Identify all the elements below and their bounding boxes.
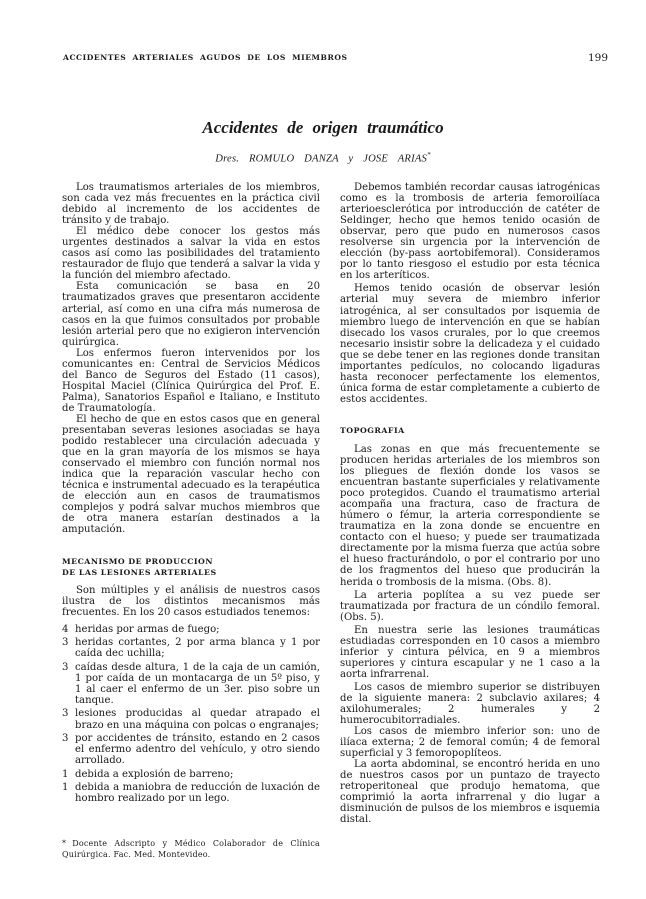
- paragraph: Los enfermos fueron intervenidos por los…: [62, 348, 320, 414]
- authors-conjunction: y: [348, 154, 353, 165]
- author-1: ROMULO DANZA: [249, 154, 339, 165]
- list-count: 3: [62, 708, 68, 719]
- list-count: 1: [62, 782, 68, 793]
- article-authors: Dres. ROMULO DANZA y JOSE ARIAS*: [0, 151, 646, 165]
- paragraph: Esta comunicación se basa en 20 traumati…: [62, 281, 320, 347]
- mechanism-list: 4heridas por armas de fuego; 3heridas co…: [62, 624, 320, 805]
- paragraph: Los casos de miembro inferior son: uno d…: [340, 726, 600, 759]
- footnote: *Docente Adscripto y Médico Colaborador …: [62, 838, 320, 860]
- section-heading-line: MECANISMO DE PRODUCCION: [62, 557, 213, 566]
- list-item: 3heridas cortantes, 2 por arma blanca y …: [62, 637, 320, 659]
- footnote-mark: *: [62, 839, 66, 848]
- list-text: debida a maniobra de reducción de luxaci…: [75, 782, 320, 804]
- author-2: JOSE ARIAS: [363, 154, 427, 165]
- page-number: 199: [588, 52, 608, 64]
- paragraph: Los traumatismos arteriales de los miemb…: [62, 182, 320, 226]
- paragraph: La aorta abdominal, se encontró herida e…: [340, 759, 600, 825]
- list-text: por accidentes de tránsito, estando en 2…: [75, 733, 320, 766]
- list-count: 3: [62, 637, 68, 648]
- article-title: Accidentes de origen traumático: [0, 118, 646, 138]
- running-header: ACCIDENTES ARTERIALES AGUDOS DE LOS MIEM…: [63, 53, 608, 67]
- paragraph: El hecho de que en estos casos que en ge…: [62, 414, 320, 536]
- paragraph: Debemos también recordar causas iatrogén…: [340, 182, 600, 281]
- right-column: Debemos también recordar causas iatrogén…: [340, 182, 600, 826]
- paragraph: La arteria poplítea a su vez puede ser t…: [340, 590, 600, 623]
- paragraph: El médico debe conocer los gestos más ur…: [62, 226, 320, 281]
- list-item: 1debida a explosión de barreno;: [62, 769, 320, 780]
- list-item: 3por accidentes de tránsito, estando en …: [62, 733, 320, 766]
- list-item: 4heridas por armas de fuego;: [62, 624, 320, 635]
- paragraph: Los casos de miembro superior se distrib…: [340, 682, 600, 726]
- list-count: 1: [62, 769, 68, 780]
- running-title: ACCIDENTES ARTERIALES AGUDOS DE LOS MIEM…: [63, 53, 348, 62]
- paragraph: Hemos tenido ocasión de observar lesión …: [340, 283, 600, 405]
- list-count: 3: [62, 662, 68, 673]
- authors-prefix: Dres.: [215, 154, 239, 165]
- list-text: lesiones producidas al quedar atrapado e…: [75, 708, 320, 730]
- list-count: 4: [62, 624, 68, 635]
- section-heading-topografia: TOPOGRAFIA: [340, 425, 600, 436]
- list-item: 3caídas desde altura, 1 de la caja de un…: [62, 662, 320, 706]
- section-heading-line: DE LAS LESIONES ARTERIALES: [62, 568, 217, 577]
- list-text: heridas por armas de fuego;: [75, 624, 220, 635]
- list-text: debida a explosión de barreno;: [75, 769, 233, 780]
- footnote-text: Docente Adscripto y Médico Colaborador d…: [62, 839, 320, 859]
- list-item: 3lesiones producidas al quedar atrapado …: [62, 708, 320, 730]
- left-column: Los traumatismos arteriales de los miemb…: [62, 182, 320, 860]
- author-footnote-mark: *: [427, 151, 431, 159]
- list-item: 1debida a maniobra de reducción de luxac…: [62, 782, 320, 804]
- section-intro: Son múltiples y el análisis de nuestros …: [62, 585, 320, 618]
- paragraph: En nuestra serie las lesiones traumática…: [340, 625, 600, 680]
- list-text: heridas cortantes, 2 por arma blanca y 1…: [75, 637, 320, 659]
- list-count: 3: [62, 733, 68, 744]
- section-heading-mecanismo: MECANISMO DE PRODUCCION DE LAS LESIONES …: [62, 556, 320, 578]
- list-text: caídas desde altura, 1 de la caja de un …: [75, 662, 320, 706]
- paragraph: Las zonas en que más frecuentemente se p…: [340, 444, 600, 588]
